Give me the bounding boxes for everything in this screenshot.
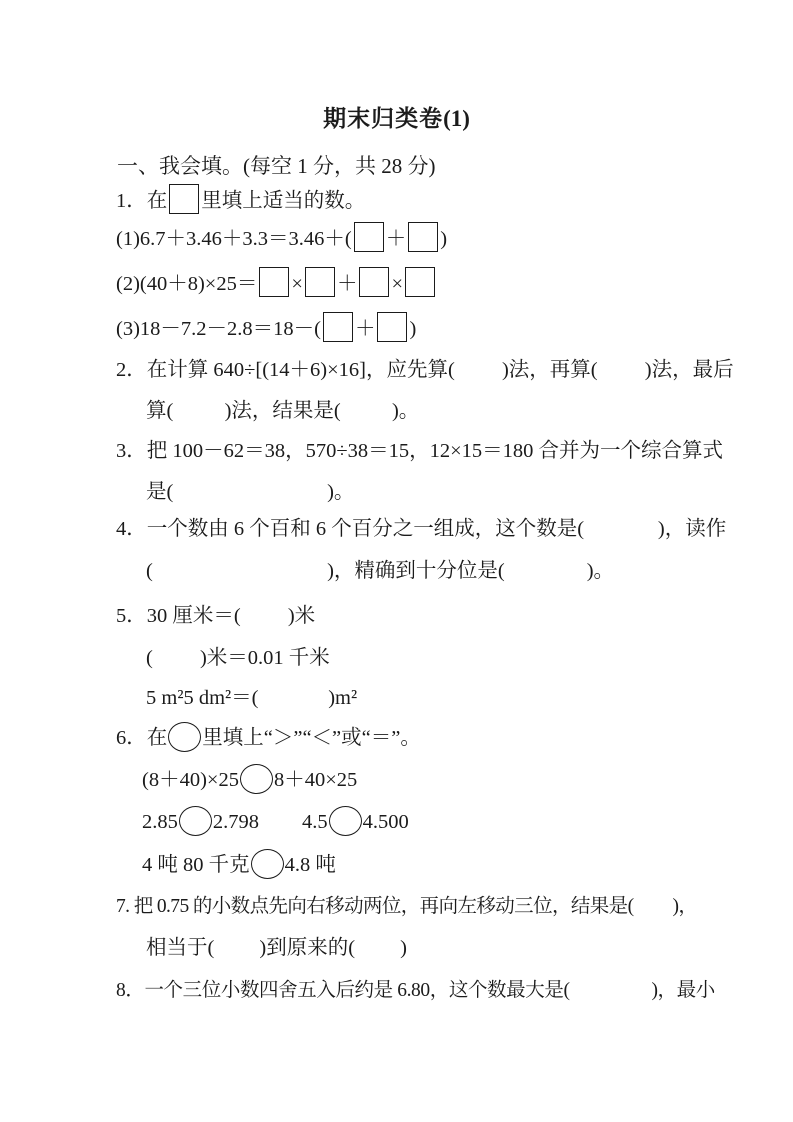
text-run: 8．一个三位小数四舍五入后约是 6.80，这个数最大是(: [116, 980, 570, 1001]
text-run: ): [440, 228, 447, 250]
text-run: ＋: [337, 273, 358, 295]
text-run: 4.500: [363, 811, 409, 833]
compare-circle: [179, 806, 212, 836]
q3-line-2: 是()。: [146, 477, 354, 507]
text-run: ×: [291, 273, 303, 295]
text-run: 2.798: [213, 811, 259, 833]
q6-head: 6．在里填上“＞”“＜”或“＝”。: [116, 722, 421, 753]
text-run: 4 吨 80 千克: [142, 854, 250, 876]
q6-line-2: (8＋40)×258＋40×25: [142, 764, 357, 795]
q4-line-1: 4．一个数由 6 个百和 6 个百分之一组成，这个数是()，读作: [116, 514, 726, 544]
fill-in-box: [359, 267, 389, 297]
q1-item-2: (2)(40＋8)×25＝×＋×: [116, 267, 437, 299]
text-run: )，: [672, 896, 697, 917]
compare-circle: [168, 722, 201, 752]
text-run: ): [400, 937, 407, 959]
text-run: (: [146, 560, 153, 582]
text-run: 2．在计算 640÷[(14＋6)×16]，应先算(: [116, 359, 455, 381]
text-run: (8＋40)×25: [142, 769, 239, 791]
q2-line-1: 2．在计算 640÷[(14＋6)×16]，应先算()法，再算()法，最后: [116, 355, 734, 385]
text-run: )法，再算(: [502, 359, 598, 381]
text-run: ＋: [386, 228, 407, 250]
fill-in-box: [377, 312, 407, 342]
fill-in-box: [323, 312, 353, 342]
text-run: 4．一个数由 6 个百和 6 个百分之一组成，这个数是(: [116, 518, 584, 540]
page-title: 期末归类卷(1): [0, 100, 793, 133]
text-run: 2.85: [142, 811, 178, 833]
q5-line-2: ()米＝0.01 千米: [146, 643, 330, 673]
text-run: ): [409, 318, 416, 340]
text-run: 5．30 厘米＝(: [116, 605, 241, 627]
text-run: 算(: [146, 400, 173, 422]
text-run: 7. 把 0.75 的小数点先向右移动两位，再向左移动三位，结果是(: [116, 896, 633, 917]
compare-circle: [240, 764, 273, 794]
text-run: 4.8 吨: [285, 854, 336, 876]
text-run: ＋: [355, 318, 376, 340]
fill-in-box: [305, 267, 335, 297]
text-run: )，读作: [658, 518, 726, 540]
fill-in-box: [405, 267, 435, 297]
text-run: 3．把 100－62＝38，570÷38＝15，12×15＝180 合并为一个综…: [116, 440, 723, 462]
text-run: 相当于(: [146, 937, 214, 959]
text-run: 6．在: [116, 727, 167, 749]
q1-item-1: (1)6.7＋3.46＋3.3＝3.46＋(＋): [116, 222, 447, 254]
text-run: )米: [288, 605, 315, 627]
text-run: 里填上适当的数。: [201, 190, 365, 212]
text-run: )米＝0.01 千米: [200, 647, 330, 669]
worksheet-page: 期末归类卷(1) 一、我会填。(每空 1 分，共 28 分) 1．在里填上适当的…: [0, 0, 793, 1122]
q2-line-2: 算()法，结果是()。: [146, 396, 419, 426]
text-run: (2)(40＋8)×25＝: [116, 273, 257, 295]
q6-line-3: 2.852.7984.54.500: [142, 806, 409, 837]
text-run: (3)18－7.2－2.8＝18－(: [116, 318, 321, 340]
text-run: )到原来的(: [259, 937, 355, 959]
fill-in-box: [354, 222, 384, 252]
text-run: )。: [392, 400, 419, 422]
fill-in-box: [169, 184, 199, 214]
text-run: 里填上“＞”“＜”或“＝”。: [202, 727, 421, 749]
text-run: )。: [587, 560, 614, 582]
text-run: (: [146, 647, 153, 669]
text-run: )m²: [328, 687, 357, 709]
text-run: 是(: [146, 481, 173, 503]
text-run: )法，最后: [645, 359, 734, 381]
q3-line-1: 3．把 100－62＝38，570÷38＝15，12×15＝180 合并为一个综…: [116, 436, 723, 466]
page-title-number: (1): [443, 106, 470, 131]
text-run: ×: [391, 273, 403, 295]
text-run: 8＋40×25: [274, 769, 357, 791]
q1-head: 1．在里填上适当的数。: [116, 184, 365, 216]
text-run: )。: [327, 481, 354, 503]
fill-in-box: [408, 222, 438, 252]
q8-line-1: 8．一个三位小数四舍五入后约是 6.80，这个数最大是()，最小: [116, 976, 715, 1006]
page-title-text: 期末归类卷: [323, 106, 443, 132]
q4-line-2: ()，精确到十分位是()。: [146, 556, 614, 586]
q7-line-1: 7. 把 0.75 的小数点先向右移动两位，再向左移动三位，结果是()，: [116, 892, 697, 922]
q5-line-1: 5．30 厘米＝()米: [116, 601, 315, 631]
q5-line-3: 5 m²5 dm²＝()m²: [146, 683, 357, 713]
text-run: )，最小: [651, 980, 714, 1001]
fill-in-box: [259, 267, 289, 297]
compare-circle: [329, 806, 362, 836]
compare-circle: [251, 849, 284, 879]
text-run: 1．在: [116, 190, 167, 212]
q7-line-2: 相当于()到原来的(): [146, 933, 407, 963]
text-run: 5 m²5 dm²＝(: [146, 687, 259, 709]
q6-line-4: 4 吨 80 千克4.8 吨: [142, 849, 336, 880]
text-run: )，精确到十分位是(: [327, 560, 505, 582]
text-run: 4.5: [302, 811, 328, 833]
section-header: 一、我会填。(每空 1 分，共 28 分): [117, 150, 436, 180]
text-run: (1)6.7＋3.46＋3.3＝3.46＋(: [116, 228, 352, 250]
q1-item-3: (3)18－7.2－2.8＝18－(＋): [116, 312, 416, 344]
text-run: )法，结果是(: [225, 400, 341, 422]
